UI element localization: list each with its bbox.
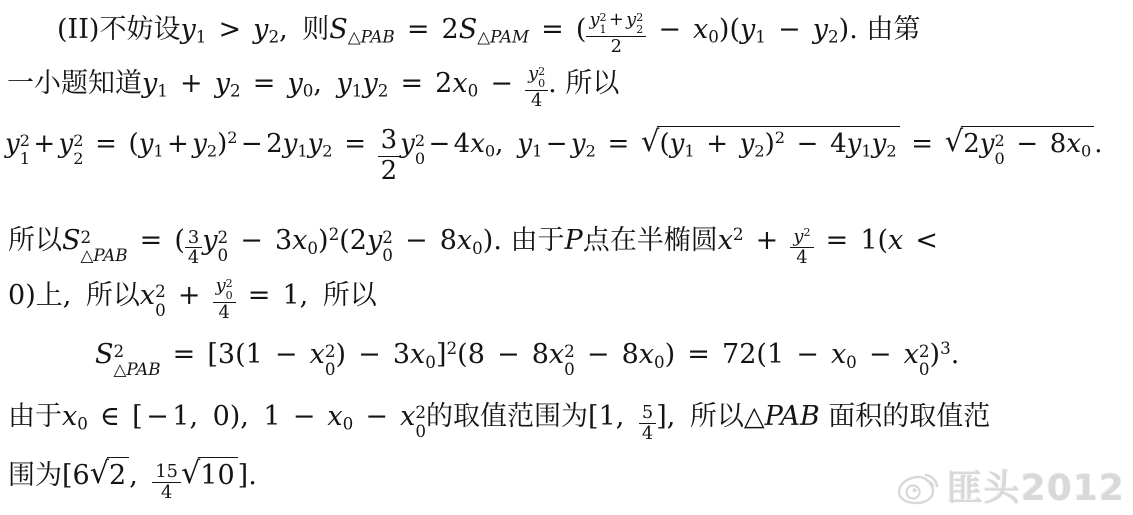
watermark: 匪头2012 [896, 460, 1125, 511]
weibo-icon [896, 465, 942, 507]
solution-line-4: 0)上, 所以x20 + y204 = 1, 所以 [8, 276, 377, 323]
solution-line-1: (II)不妨设y1 > y2, 则S△PAB = 2S△PAM = (y21+y… [57, 10, 920, 57]
document-page: (II)不妨设y1 > y2, 则S△PAB = 2S△PAM = (y21+y… [0, 0, 1133, 515]
solution-line-3: 所以S2△PAB = (34y20 − 3x0)2(2y20 − 8x0). 由… [8, 224, 942, 268]
watermark-text: 匪头2012 [947, 460, 1125, 511]
solution-line-5: 由于x0 ∈ [−1, 0), 1 − x0 − x20的取值范围为[1, 54… [8, 400, 990, 444]
solution-display-equation-2: S2△PAB = [3(1 − x20) − 3x0]2(8 − 8x20 − … [95, 338, 959, 379]
solution-display-equation-1: y21+y22 = (y1+y2)2−2y1y2 = 32y20−4x0, y1… [5, 124, 1103, 186]
solution-line-6: 围为[6√2, 154√10]. [8, 456, 257, 503]
solution-line-2: 一小题知道y1 + y2 = y0, y1y2 = 2x0 − y204. 所以 [7, 64, 619, 111]
